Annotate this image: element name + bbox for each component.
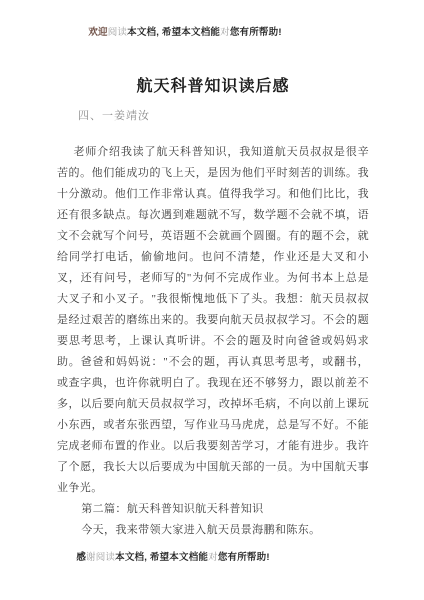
body-paragraph: 老师介绍我读了航天科普知识，我知道航天员叔叔是很辛苦的。他们能成功的飞上天，是因… xyxy=(57,142,369,499)
body-paragraph: 第二篇：航天科普知识航天科普知识 xyxy=(57,499,369,520)
author-line: 四、一姜靖汝 xyxy=(57,109,369,124)
page-content: 欢迎阅读本文档, 希望本文档能对您有所帮助! 航天科普知识读后感 四、一姜靖汝 … xyxy=(0,0,424,541)
header-note: 欢迎阅读本文档, 希望本文档能对您有所帮助! xyxy=(29,27,341,39)
footer-note-segment: 您有所帮助! xyxy=(218,552,270,563)
header-note-segment: 您有所帮助! xyxy=(230,27,282,38)
footer-note-segment: 对 xyxy=(208,552,218,563)
header-note-segment: 欢迎 xyxy=(88,27,107,38)
header-note-segment: 希望本文档能 xyxy=(162,27,220,38)
footer-note-segment: 感 xyxy=(76,552,86,563)
document-title: 航天科普知识读后感 xyxy=(57,76,369,98)
header-note-segment: 对 xyxy=(220,27,230,38)
footer-note-segment: 谢阅读 xyxy=(86,552,115,563)
footer-note: 感谢阅读本文档, 希望本文档能对您有所帮助! xyxy=(17,552,329,564)
document-body: 老师介绍我读了航天科普知识，我知道航天员叔叔是很辛苦的。他们能成功的飞上天，是因… xyxy=(57,142,369,541)
header-note-segment: 阅读 xyxy=(108,27,127,38)
footer-note-segment: 本文档, xyxy=(115,552,150,563)
header-note-segment: 本文档, xyxy=(127,27,162,38)
document-page: 欢迎阅读本文档, 希望本文档能对您有所帮助! 航天科普知识读后感 四、一姜靖汝 … xyxy=(0,0,424,600)
footer-note-segment: 希望本文档能 xyxy=(150,552,208,563)
body-paragraph: 今天，我来带领大家进入航天员景海鹏和陈东。 xyxy=(57,520,369,541)
